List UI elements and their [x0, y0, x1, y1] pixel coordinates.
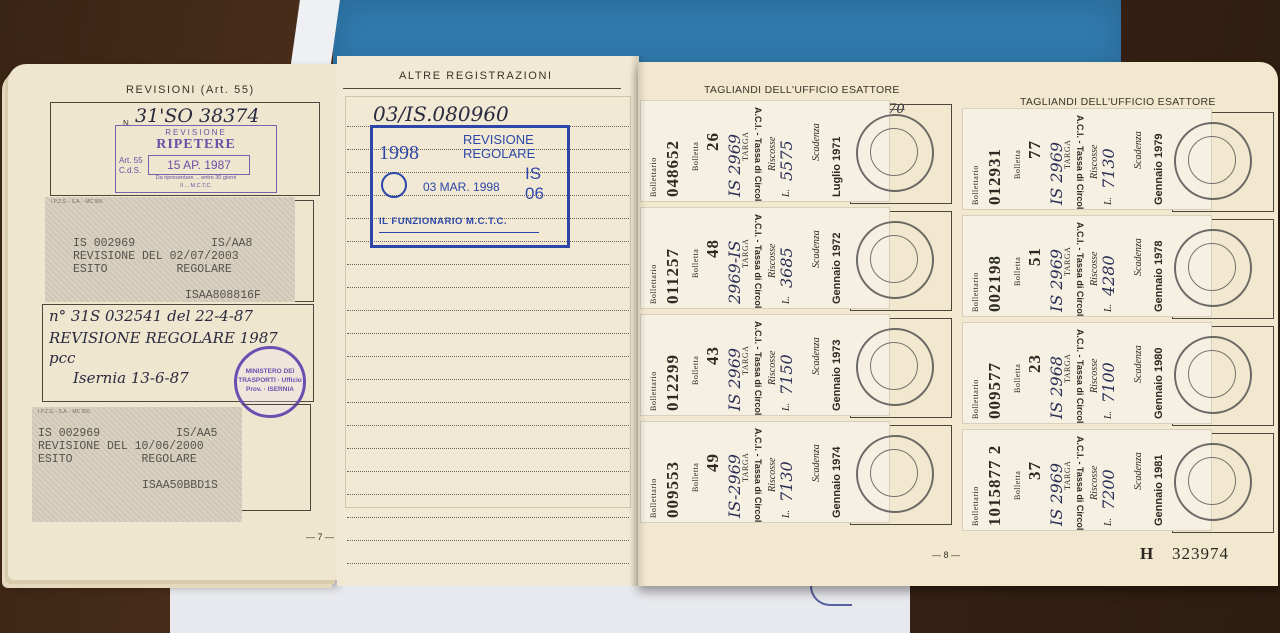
tax-office-stamp [856, 328, 934, 406]
revision-stamp: REVISIONE RIPETERE Art. 55 C.d.S. 15 AP.… [115, 125, 277, 193]
emblem-icon [381, 172, 407, 198]
revision-slip-2000: I.P.Z.S. - S.A. - MC 956 IS 002969 IS/AA… [32, 407, 242, 522]
revision-entry-1: N 31'SO 38374 REVISIONE RIPETERE Art. 55… [50, 102, 320, 196]
page-header: ALTRE REGISTRAZIONI [399, 70, 553, 82]
serial-letter: H [1140, 544, 1153, 564]
tax-office-stamp [856, 221, 934, 299]
tax-coupon: Bollettario048652Bolletta26IS 2969TARGAR… [640, 100, 890, 202]
tax-office-stamp [1174, 122, 1252, 200]
tax-office-stamp [856, 435, 934, 513]
page-revisioni: REVISIONI (Art. 55) N 31'SO 38374 REVISI… [8, 64, 338, 580]
page-header: REVISIONI (Art. 55) [126, 84, 255, 96]
page-number: — 7 — [306, 532, 334, 542]
tax-coupon: Bollettario012299Bolletta43IS 2969TARGAR… [640, 314, 890, 416]
tax-office-stamp [1174, 229, 1252, 307]
tax-office-stamp [1174, 336, 1252, 414]
tax-coupon: Bollettario011257Bolletta482969-ISTARGAR… [640, 207, 890, 309]
handwritten-number: 31'SO 38374 [135, 105, 259, 127]
paper-sheet-bottom [170, 578, 910, 633]
revision-stamp-1998: 1998 REVISIONE REGOLARE 03 MAR. 1998 IS … [370, 125, 570, 248]
stamp-date: 15 AP. 1987 [148, 155, 250, 175]
serial-number: 323974 [1172, 544, 1229, 564]
tax-coupon: Bollettario009553Bolletta49IS-2969TARGAR… [640, 421, 890, 523]
tax-office-stamp [1174, 443, 1252, 521]
revision-slip-2003: I.P.Z.S. - S.A. - MC 956 IS 002969 IS/AA… [45, 197, 295, 302]
tax-office-stamp [856, 114, 934, 192]
